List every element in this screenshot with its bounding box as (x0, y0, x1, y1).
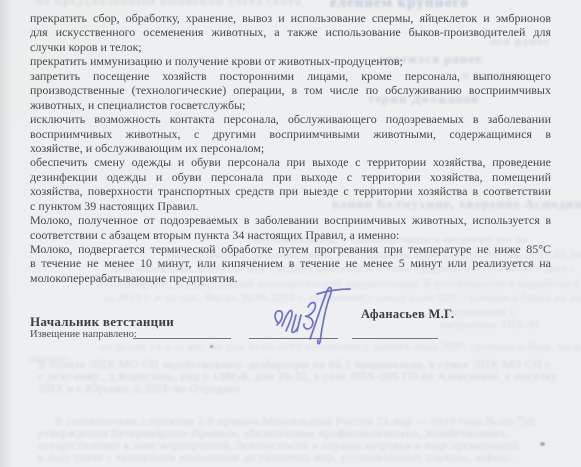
document-line: прекратить иммунизацию и получение крови… (30, 54, 551, 68)
document-line: хозяйстве, и обслуживающим их персоналом… (30, 141, 551, 155)
document-line: прекратить сбор, обработку, хранение, вы… (30, 11, 551, 25)
bleed-through-line: в ходе связи с принятыми решениями до пр… (38, 453, 515, 465)
bleed-through-line: с дезо-ковр., д.Коростень, ряд у 13Мэй, … (38, 372, 557, 384)
ink-speck (540, 442, 545, 446)
document-line: восприимчивых животных, с другими воспри… (30, 127, 551, 141)
document-line: с пунктом 39 настоящих Правил. (30, 199, 551, 213)
fill-in-line (133, 338, 231, 339)
bleed-through-line: ЛПХ в с.Юрьево, 2.ЛПХ-во Отрадное (38, 384, 241, 396)
document-line: Молоко, подвергается термической обработ… (30, 242, 551, 256)
document-line: Молоко, полученное от подозреваемых в за… (30, 213, 551, 227)
bleed-through-line: елением крупного (330, 0, 469, 11)
bleed-through-line: В пункте ЛПХ МО СП задействованы: дезбар… (38, 360, 551, 372)
ink-speck (210, 345, 213, 348)
document-line: запретить посещение хозяйств посторонним… (30, 69, 551, 83)
notice-sent-label: Извещение направлено: (30, 329, 137, 340)
document-line: обеспечить смену одежды и обуви персонал… (30, 155, 551, 169)
name-line (352, 338, 438, 339)
document-line: в течение не менее 10 минут, или кипячен… (30, 256, 551, 270)
signer-name: Афанасьев М.Г. (361, 307, 454, 322)
signer-position-title: Начальник ветстанции (30, 314, 174, 330)
scanned-document-page: по предъявленным выпискам учета скотаеле… (0, 0, 581, 467)
document-line: исключить возможность контакта персонала… (30, 112, 551, 126)
document-line: хозяйства, поверхности транспортных сред… (30, 184, 551, 198)
main-text: прекратить сбор, обработку, хранение, вы… (30, 11, 551, 285)
bleed-through-line: выбранные ТПХ-М (440, 320, 539, 331)
document-line: случки коров и телок; (30, 40, 551, 54)
document-line: для искусственного осеменения животных, … (30, 25, 551, 39)
document-line: соответствии с абзацем вторым пункта 34 … (30, 228, 551, 242)
bleed-through-line: по предъявленным выпискам учета скота (36, 0, 302, 7)
document-line: животных, и специалистов госветслужбы; (30, 98, 551, 112)
handwritten-signature (264, 281, 360, 349)
bleed-through-line: осуществлении в зоне мероприятий, безопа… (38, 441, 519, 453)
document-line: производственные (технологические) опера… (30, 83, 551, 97)
bleed-through-line: В соответствии с пунктом 2.9 приказа Мин… (55, 417, 535, 429)
bleed-through-line: утверждении Ветеринарные Правила, обязат… (38, 429, 509, 441)
document-line: дезинфекции одежды и обуви персонала при… (30, 170, 551, 184)
